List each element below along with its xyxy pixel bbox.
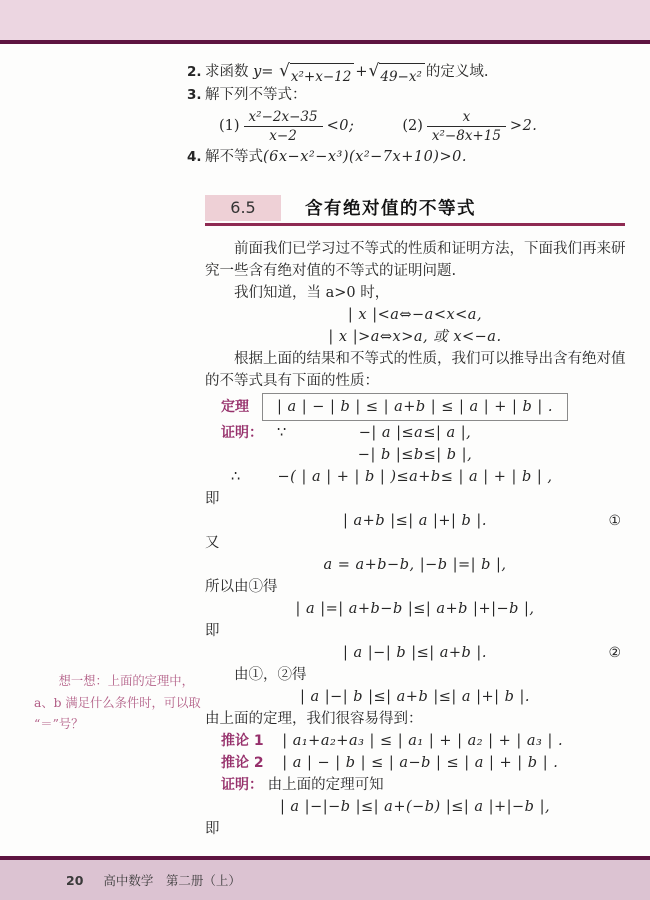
section-title: 含有绝对值的不等式 — [305, 195, 476, 220]
bottom-border-rule — [0, 856, 650, 860]
margin-note-line: 想一想：上面的定理中， — [34, 671, 206, 693]
corollary-1-formula: | a₁+a₂+a₃ | ≤ | a₁ | + | a₂ | + | a₃ | … — [282, 733, 563, 749]
paragraph-line: 前面我们已学习过不等式的性质和证明方法，下面我们再来研 — [205, 238, 625, 260]
display-equation: | x |>a⇔x>a, 或 x<−a. — [205, 326, 625, 348]
numbered-equation: | a |−| b |≤| a+b |. ② — [205, 642, 625, 664]
exercise-text: 的定义域. — [426, 64, 489, 80]
exercise-3-subitems: (1) x²−2x−35x−2 <0; (2) xx²−8x+15 >2. — [205, 106, 625, 146]
formula-lead: y= — [253, 64, 278, 80]
section-number-box: 6.5 — [205, 195, 281, 221]
because-symbol: ∵ — [277, 422, 286, 444]
paragraph-line: 究一些含有绝对值的不等式的证明问题. — [205, 260, 625, 282]
exercise-number: 3. — [187, 84, 205, 106]
connector-text: 由①，②得 — [205, 664, 625, 686]
display-equation: −| a |≤a≤| a |, — [359, 425, 471, 441]
proof-lead-text: 由上面的定理可知 — [268, 777, 384, 793]
section-number: 6.5 — [230, 198, 255, 217]
margin-note-think: 想一想：上面的定理中， a、b 满足什么条件时，可以取 “＝”号？ — [34, 671, 206, 736]
theorem-row: 定理 | a | − | b | ≤ | a+b | ≤ | a | + | b… — [205, 392, 625, 422]
fraction: x²−2x−35x−2 — [244, 109, 323, 144]
subitem-label: (1) — [219, 118, 240, 134]
proof-label: 证明： — [221, 777, 263, 793]
fraction: xx²−8x+15 — [427, 109, 506, 144]
corollary-proof-line: 证明： 由上面的定理可知 — [205, 774, 625, 796]
proof-label: 证明： — [221, 422, 263, 444]
corollary-2-label: 推论 2 — [221, 755, 264, 771]
section-header: 6.5 含有绝对值的不等式 — [205, 194, 625, 221]
radical-sign-icon: √ — [369, 63, 380, 80]
exercise-text: 解不等式 — [205, 149, 263, 165]
radical-sign-icon: √ — [279, 63, 290, 80]
relation: <0; — [327, 118, 355, 134]
display-equation: | a |−| b |≤| a+b |. — [343, 645, 487, 661]
proof-line: 证明： ∵ −| a |≤a≤| a |, — [205, 422, 625, 444]
exercise-text: 求函数 — [205, 64, 253, 80]
proof-line: ∴ −( | a | + | b | )≤a+b≤ | a | + | b | … — [205, 466, 625, 488]
footer-band: 20 高中数学 第二册（上） — [0, 860, 650, 900]
connector-text: 所以由①得 — [205, 576, 625, 598]
display-equation: | a |=| a+b−b |≤| a+b |+|−b |, — [205, 598, 625, 620]
connector-text: 即 — [205, 620, 625, 642]
connector-text: 又 — [205, 532, 625, 554]
exercise-item-2: 2.求函数 y= √x²+x−12+√49−x²的定义域. — [205, 60, 625, 84]
exercise-text: 解下列不等式： — [205, 87, 307, 103]
textbook-page: 2.求函数 y= √x²+x−12+√49−x²的定义域. 3.解下列不等式： … — [0, 0, 650, 900]
subitem-label: (2) — [402, 118, 423, 134]
fraction-denominator: x²−8x+15 — [427, 127, 506, 144]
paragraph-line: 由上面的定理，我们很容易得到： — [205, 708, 625, 730]
therefore-symbol: ∴ — [231, 466, 240, 488]
equation-number-1: ① — [608, 510, 621, 532]
margin-note-line: a、b 满足什么条件时，可以取 — [34, 693, 206, 715]
corollary-2-formula: | a | − | b | ≤ | a−b | ≤ | a | + | b | … — [282, 755, 558, 771]
display-equation: | a |−| b |≤| a+b |≤| a |+| b |. — [205, 686, 625, 708]
corollary-1: 推论 1 | a₁+a₂+a₃ | ≤ | a₁ | + | a₂ | + | … — [205, 730, 625, 752]
equation-number-2: ② — [608, 642, 621, 664]
display-equation: a = a+b−b, |−b |=| b |, — [205, 554, 625, 576]
page-content: 2.求函数 y= √x²+x−12+√49−x²的定义域. 3.解下列不等式： … — [0, 44, 650, 856]
relation: >2. — [510, 118, 537, 134]
display-equation: −( | a | + | b | )≤a+b≤ | a | + | b | , — [278, 469, 553, 485]
display-equation: | a |−|−b |≤| a+(−b) |≤| a |+|−b |, — [205, 796, 625, 818]
numbered-equation: | a+b |≤| a |+| b |. ① — [205, 510, 625, 532]
paragraph-line: 我们知道，当 a>0 时， — [205, 282, 625, 304]
plus-operator: + — [355, 64, 367, 80]
page-number: 20 — [66, 873, 83, 888]
fraction-denominator: x−2 — [244, 127, 323, 144]
display-equation: | a+b |≤| a |+| b |. — [343, 513, 487, 529]
display-equation: −| b |≤b≤| b |, — [205, 444, 625, 466]
top-margin-band — [0, 0, 650, 40]
corollary-1-label: 推论 1 — [221, 733, 264, 749]
exercise-item-4: 4.解不等式(6x−x²−x³)(x²−7x+10)>0. — [205, 146, 625, 168]
inline-formula: (6x−x²−x³)(x²−7x+10)>0. — [263, 149, 467, 165]
book-title: 高中数学 第二册（上） — [103, 873, 241, 888]
theorem-label: 定理 — [221, 392, 249, 422]
fraction-numerator: x²−2x−35 — [244, 109, 323, 127]
section-header-rule — [205, 223, 625, 226]
paragraph-line: 根据上面的结果和不等式的性质，我们可以推导出含有绝对值 — [205, 348, 625, 370]
margin-note-line: “＝”号？ — [34, 714, 206, 736]
display-equation: | x |<a⇔−a<x<a, — [205, 304, 625, 326]
exercise-number: 4. — [187, 146, 205, 168]
theorem-box: | a | − | b | ≤ | a+b | ≤ | a | + | b | … — [262, 393, 568, 421]
radical-expression: √49−x² — [369, 63, 425, 89]
paragraph-line: 的不等式具有下面的性质： — [205, 370, 625, 392]
exercise-number: 2. — [187, 60, 205, 84]
radicand: 49−x² — [379, 63, 425, 89]
corollary-2: 推论 2 | a | − | b | ≤ | a−b | ≤ | a | + |… — [205, 752, 625, 774]
fraction-numerator: x — [427, 109, 506, 127]
connector-text: 即 — [205, 488, 625, 510]
body-text: 前面我们已学习过不等式的性质和证明方法，下面我们再来研 究一些含有绝对值的不等式… — [205, 238, 625, 840]
main-column: 2.求函数 y= √x²+x−12+√49−x²的定义域. 3.解下列不等式： … — [205, 44, 625, 840]
connector-text: 即 — [205, 818, 625, 840]
